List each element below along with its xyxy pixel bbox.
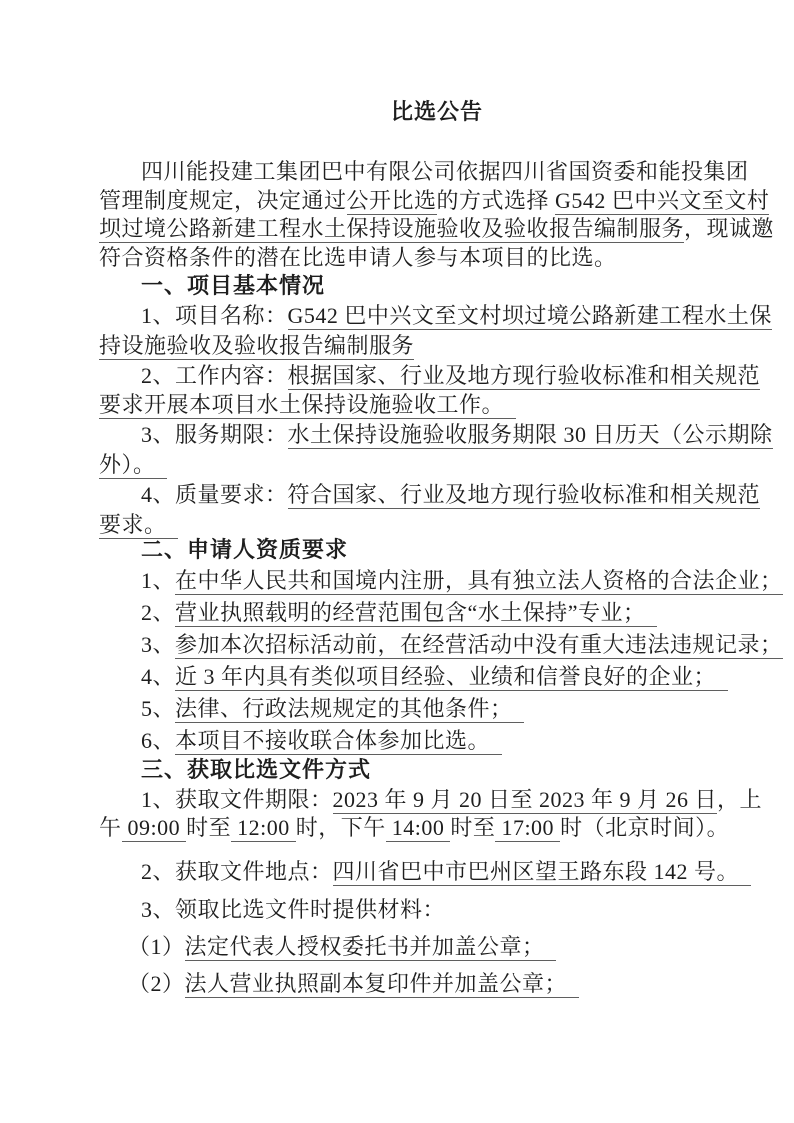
text-line: 午 09:00 时至 12:00 时，下午 14:00 时至 17:00 时（北…	[99, 813, 729, 842]
text-segment: 2、获取文件地点：	[141, 859, 333, 884]
text-segment: 时至	[450, 815, 495, 840]
text-segment: 2、	[141, 600, 175, 625]
underlined-text: 持设施验收及验收报告编制服务	[99, 333, 414, 360]
text-segment: 时（北京时间）。	[560, 815, 729, 840]
document-title: 比选公告	[391, 97, 483, 126]
underlined-text: 四川省巴中市巴州区望王路东段 142 号。	[333, 859, 751, 886]
text-segment: 4、	[141, 664, 175, 689]
underlined-text: 本项目不接收联合体参加比选。	[175, 728, 502, 755]
text-line: 持设施验收及验收报告编制服务	[99, 331, 414, 360]
text-segment: 6、	[141, 728, 175, 753]
text-line: 4、质量要求：符合国家、行业及地方现行验收标准和相关规范	[141, 480, 760, 509]
text-segment: 时，下午	[296, 815, 386, 840]
underlined-text: 法定代表人授权委托书并加盖公章；	[185, 934, 557, 961]
underlined-text: G542 巴中兴文至文村坝过境公路新建工程水土保	[288, 303, 772, 330]
underlined-text: 2023 年 9 月 20 日至 2023 年 9 月 26 日	[333, 787, 718, 814]
text-line: 2、工作内容：根据国家、行业及地方现行验收标准和相关规范	[141, 361, 760, 390]
text-line: 3、服务期限：水土保持设施验收服务期限 30 日历天（公示期除	[141, 420, 773, 449]
text-segment: 的方式选择	[437, 188, 556, 213]
text-segment: ，现诚邀	[684, 216, 774, 241]
text-segment: （2）	[128, 971, 185, 996]
text-line: 6、本项目不接收联合体参加比选。	[141, 726, 502, 755]
text-line: 管理制度规定，决定通过公开比选的方式选择 G542 巴中兴文至文村	[99, 186, 769, 215]
underlined-text: 近 3 年内具有类似项目经验、业绩和信誉良好的企业；	[175, 664, 728, 691]
text-segment: 午	[99, 815, 122, 840]
text-segment: 符合资格条件的潜在比选申请人参与本项目的比选。	[99, 245, 617, 270]
underlined-text: 法律、行政法规规定的其他条件；	[175, 696, 524, 723]
text-segment: 时至	[186, 815, 231, 840]
text-segment: 3、领取比选文件时提供材料：	[141, 897, 445, 922]
text-segment: 四川能投建工集团巴中有限公司依据四川省国资委和能投集团	[141, 159, 749, 184]
text-line: 四川能投建工集团巴中有限公司依据四川省国资委和能投集团	[141, 157, 749, 186]
text-segment: 二、申请人资质要求	[141, 537, 348, 562]
text-line: 2、营业执照载明的经营范围包含“水土保持”专业；	[141, 598, 657, 627]
text-line: 要求开展本项目水土保持设施验收工作。	[99, 390, 516, 419]
text-segment: 三、获取比选文件方式	[141, 757, 371, 782]
underlined-text: 12:00	[231, 815, 296, 842]
underlined-text: 17:00	[495, 815, 560, 842]
section-heading: 一、项目基本情况	[141, 271, 325, 300]
underlined-text: 参加本次招标活动前，在经营活动中没有重大违法违规记录；	[175, 632, 783, 659]
underlined-text: G542 巴中兴文至文村	[555, 188, 769, 215]
document-page: 比选公告 四川能投建工集团巴中有限公司依据四川省国资委和能投集团管理制度规定，决…	[0, 0, 794, 1123]
section-heading: 三、获取比选文件方式	[141, 755, 371, 784]
text-segment: 4、质量要求：	[141, 482, 288, 507]
underlined-text: 公开比选	[347, 188, 437, 215]
underlined-text: 符合国家、行业及地方现行验收标准和相关规范	[288, 482, 761, 509]
text-line: （2）法人营业执照副本复印件并加盖公章；	[128, 969, 579, 998]
text-line: 符合资格条件的潜在比选申请人参与本项目的比选。	[99, 243, 617, 272]
text-segment: ，上	[717, 787, 762, 812]
underlined-text: 法人营业执照副本复印件并加盖公章；	[185, 971, 579, 998]
underlined-text: 外）。	[99, 452, 167, 479]
text-segment: 2、工作内容：	[141, 363, 288, 388]
text-line: 坝过境公路新建工程水土保持设施验收及验收报告编制服务，现诚邀	[99, 214, 774, 243]
section-heading: 二、申请人资质要求	[141, 535, 348, 564]
text-line: 2、获取文件地点：四川省巴中市巴州区望王路东段 142 号。	[141, 857, 751, 886]
underlined-text: 坝过境公路新建工程水土保持设施验收及验收报告编制服务	[99, 216, 684, 243]
underlined-text: 根据国家、行业及地方现行验收标准和相关规范	[288, 363, 761, 390]
text-segment: 5、	[141, 696, 175, 721]
text-segment: 1、获取文件期限：	[141, 787, 333, 812]
underlined-text: 在中华人民共和国境内注册，具有独立法人资格的合法企业；	[175, 568, 783, 595]
text-segment: 1、	[141, 568, 175, 593]
underlined-text: 要求开展本项目水土保持设施验收工作。	[99, 392, 516, 419]
underlined-text: 09:00	[122, 815, 187, 842]
text-line: 1、在中华人民共和国境内注册，具有独立法人资格的合法企业；	[141, 566, 783, 595]
text-segment: 3、服务期限：	[141, 422, 288, 447]
text-segment: 管理制度规定，决定通过	[99, 188, 347, 213]
underlined-text: 14:00	[386, 815, 451, 842]
underlined-text: 营业执照载明的经营范围包含“水土保持”专业；	[175, 600, 657, 627]
text-line: 1、项目名称：G542 巴中兴文至文村坝过境公路新建工程水土保	[141, 301, 772, 330]
text-line: 外）。	[99, 450, 167, 479]
text-segment: 1、项目名称：	[141, 303, 288, 328]
text-line: 3、领取比选文件时提供材料：	[141, 895, 445, 924]
text-line: 3、参加本次招标活动前，在经营活动中没有重大违法违规记录；	[141, 630, 783, 659]
text-segment: 一、项目基本情况	[141, 273, 325, 298]
text-line: 1、获取文件期限：2023 年 9 月 20 日至 2023 年 9 月 26 …	[141, 785, 762, 814]
text-line: 5、法律、行政法规规定的其他条件；	[141, 694, 524, 723]
text-segment: 3、	[141, 632, 175, 657]
underlined-text: 水土保持设施验收服务期限 30 日历天（公示期除	[288, 422, 773, 449]
text-segment: （1）	[128, 934, 185, 959]
text-line: 4、近 3 年内具有类似项目经验、业绩和信誉良好的企业；	[141, 662, 728, 691]
text-line: （1）法定代表人授权委托书并加盖公章；	[128, 932, 556, 961]
